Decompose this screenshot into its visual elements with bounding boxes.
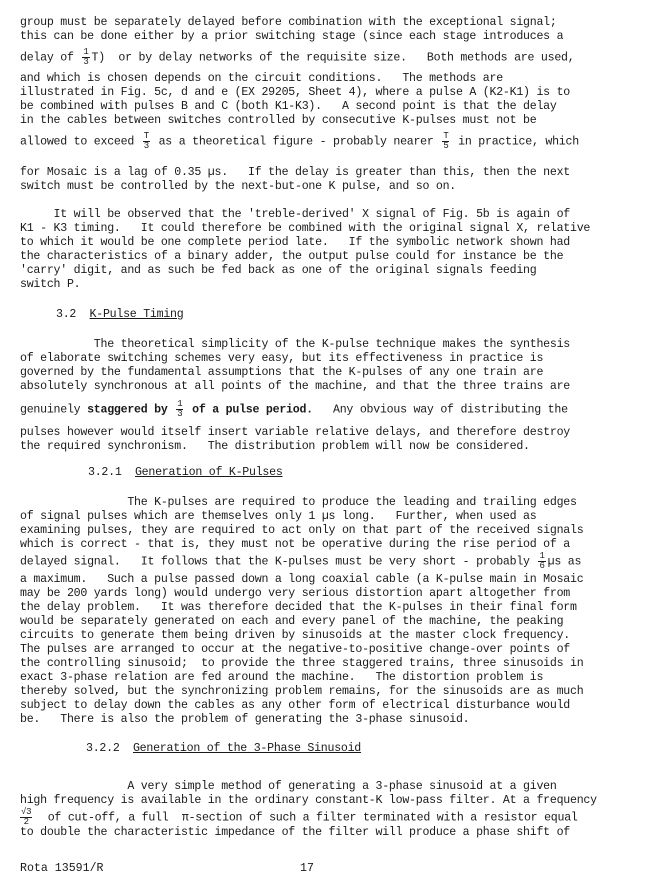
text-line: The theoretical simplicity of the K-puls… [20,338,570,352]
text-line: delay of 13T) or by delay networks of th… [20,48,574,67]
text-line: the delay problem. It was therefore deci… [20,601,577,615]
text-line: It will be observed that the 'treble-der… [20,208,570,222]
fraction: 13 [176,400,183,419]
section-heading: 3.2.2 Generation of the 3-Phase Sinusoid [86,742,361,756]
text-line: in the cables between switches controlle… [20,114,536,128]
text-line: the controlling sinusoid; to provide the… [20,657,583,671]
page-number: 17 [300,862,314,875]
text-line: thereby solved, but the synchronizing pr… [20,685,583,699]
text-line: which is correct - that is, they must no… [20,538,570,552]
fraction: T3 [143,132,150,151]
text-line: to double the characteristic impedance o… [20,826,570,840]
text-line: absolutely synchronous at all points of … [20,380,570,394]
text-line: switch must be controlled by the next-bu… [20,180,456,194]
text-line: be combined with pulses B and C (both K1… [20,100,557,114]
text-line: the required synchronism. The distributi… [20,440,530,454]
text-line: of signal pulses which are themselves on… [20,510,536,524]
text-line: governed by the fundamental assumptions … [20,366,543,380]
document-reference: Rota 13591/R [20,862,104,875]
text-line: be. There is also the problem of generat… [20,713,469,727]
text-line: group must be separately delayed before … [20,16,557,30]
text-line: pulses however would itself insert varia… [20,426,570,440]
text-line: genuinely staggered by 13 of a pulse per… [20,400,568,419]
text-line: and which is chosen depends on the circu… [20,72,503,86]
fraction: T5 [442,132,449,151]
section-heading: 3.2.1 Generation of K-Pulses [88,466,283,480]
text-line: the characteristics of a binary adder, t… [20,250,563,264]
text-line: examining pulses, they are required to a… [20,524,583,538]
text-line: √32 of cut-off, a full π-section of such… [20,808,578,827]
text-line: for Mosaic is a lag of 0.35 µs. If the d… [20,166,570,180]
text-line: to which it would be one complete period… [20,236,570,250]
text-line: A very simple method of generating a 3-p… [20,780,557,794]
text-line: K1 - K3 timing. It could therefore be co… [20,222,590,236]
text-line: allowed to exceed T3 as a theoretical fi… [20,132,579,151]
text-line: of elaborate switching schemes very easy… [20,352,543,366]
fraction: 16 [538,552,545,571]
text-line: may be 200 yards long) would undergo ver… [20,587,570,601]
text-line: circuits to generate them being driven b… [20,629,570,643]
text-line: exact 3-phase relation are fed around th… [20,671,543,685]
text-line: delayed signal. It follows that the K-pu… [20,552,581,571]
section-heading: 3.2 K-Pulse Timing [56,308,183,322]
text-line: subject to delay down the cables as any … [20,699,570,713]
text-line: 'carry' digit, and as such be fed back a… [20,264,536,278]
text-line: high frequency is available in the ordin… [20,794,597,808]
text-line: switch P. [20,278,80,292]
text-line: The pulses are arranged to occur at the … [20,643,570,657]
text-line: would be separately generated on each an… [20,615,563,629]
text-line: a maximum. Such a pulse passed down a lo… [20,573,583,587]
text-line: The K-pulses are required to produce the… [20,496,577,510]
text-line: this can be done either by a prior switc… [20,30,563,44]
fraction: 13 [82,48,89,67]
fraction: √32 [20,808,32,827]
text-line: illustrated in Fig. 5c, d and e (EX 2920… [20,86,570,100]
